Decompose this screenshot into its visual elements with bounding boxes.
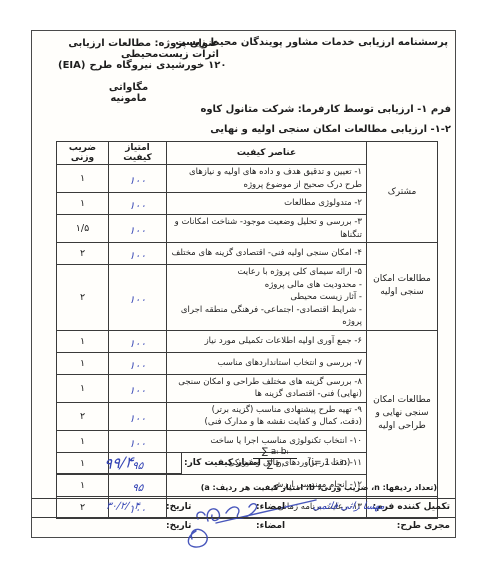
row-element: ۹- تهیه طرح پیشنهادی مناسب (گزینه برتر) … <box>167 402 367 430</box>
footer-row-project-executor: مجری طرح: امضاء: تاریخ: <box>32 517 455 537</box>
quality-score-handwritten: ۹۹/۴ <box>103 453 134 473</box>
row-element: ۳- بررسی و تحلیل وضعیت موجود- شناخت امکا… <box>167 215 367 243</box>
project-executor-label: مجری طرح: <box>397 521 450 531</box>
formula-index-range: (i= 1 تا n) <box>308 458 350 468</box>
row-weight: ۱/۵ <box>57 215 109 243</box>
table-row: مطالعات امکان سنجی نهایی و طراحی اولیه ۶… <box>57 330 438 352</box>
signature-label: امضاء: <box>256 502 285 512</box>
legend-note: (تعداد ردیفها: n، ضریب وزنی: b، امتیاز ک… <box>201 483 437 492</box>
row-weight: ۱ <box>57 330 109 352</box>
date-value-handwritten: ۳۰/۲/۰۴ <box>105 501 140 512</box>
project-title-eia: (EIA) <box>58 60 85 71</box>
row-score-handwritten: ۱۰۰ <box>128 225 147 237</box>
group-cell-final-feasibility: مطالعات امکان سنجی نهایی و طراحی اولیه <box>367 330 438 496</box>
row-score-handwritten: ۱۰۰ <box>128 413 147 425</box>
project-title-word1: طرح <box>89 60 112 71</box>
form-number-line: فرم ۱- ارزیابی توسط کارفرما: شرکت متانول… <box>200 104 451 115</box>
col-header-weight: ضریب وزنی <box>57 142 109 165</box>
row-score-handwritten: ۱۰۰ <box>128 294 147 306</box>
row-weight: ۱ <box>57 374 109 402</box>
date-label: تاریخ: <box>166 521 191 531</box>
row-score-handwritten: ۹۵ <box>131 482 144 494</box>
row-weight: ۱ <box>57 165 109 193</box>
signature-label: امضاء: <box>256 521 285 531</box>
row-element: ۵- ارائه سیمای کلی پروژه با رعایت - محدو… <box>167 265 367 331</box>
score-formula: ∑ aᵢ bᵢ ∑ bᵢ <box>253 447 297 470</box>
form-page: پرسشنامه ارزیابی خدمات مشاور پویندگان مح… <box>31 30 456 538</box>
col-header-score: امتیاز کیفیت <box>109 142 167 165</box>
group-cell-initial-feasibility: مطالعات امکان سنجی اولیه <box>367 243 438 331</box>
row-weight: ۲ <box>57 243 109 265</box>
quality-score-label: امتیاز کیفیت کار: <box>184 458 261 468</box>
row-score-handwritten: ۱۰۰ <box>128 360 147 372</box>
table-header-row: مشترک عناصر کیفیت امتیاز کیفیت ضریب وزنی <box>57 142 438 165</box>
row-weight: ۱ <box>57 193 109 215</box>
row-score-handwritten: ۱۰۰ <box>128 438 147 450</box>
section-line: ۱-۲- ارزیابی مطالعات امکان سنجی اولیه و … <box>210 124 451 135</box>
row-weight: ۱ <box>57 352 109 374</box>
row-element: ۸- بررسی گزینه های مختلف طراحی و امکان س… <box>167 374 367 402</box>
table-row: مطالعات امکان سنجی اولیه ۴- امکان سنجی ا… <box>57 243 438 265</box>
row-weight: ۱ <box>57 474 109 496</box>
project-title-word2: نیروگاه <box>116 60 152 71</box>
row-score-handwritten: ۱۰۰ <box>128 338 147 350</box>
date-label: تاریخ: <box>166 502 191 512</box>
row-weight: ۱ <box>57 430 109 452</box>
formula-denominator: ∑ bᵢ <box>253 459 297 470</box>
quality-score-box: ۹۹/۴ <box>56 452 182 474</box>
group-cell-common: مشترک <box>367 142 438 243</box>
row-weight: ۲ <box>57 402 109 430</box>
row-score-handwritten: ۱۰۰ <box>128 200 147 212</box>
row-element: ۱- تعیین و تدقیق هدف و داده های اولیه و … <box>167 165 367 193</box>
formula-numerator: ∑ aᵢ bᵢ <box>253 447 297 459</box>
row-score-handwritten: ۱۰۰ <box>128 175 147 187</box>
row-element: ۴- امکان سنجی اولیه فنی- اقتصادی گزینه ه… <box>167 243 367 265</box>
footer-row-completed-by: تکمیل کننده فرم: مهسا راثی قائمی امضاء: … <box>32 499 455 517</box>
col-header-element: عناصر کیفیت <box>167 142 367 165</box>
row-element: ۶- جمع آوری اولیه اطلاعات تکمیلی مورد نی… <box>167 330 367 352</box>
row-element: ۲- متدولوژی مطالعات <box>167 193 367 215</box>
scanned-evaluation-form: { "colors": { "ink_blue": "#3545b5", "li… <box>0 0 483 576</box>
completed-by-name-handwritten: مهسا راثی قائمی <box>312 501 385 512</box>
row-weight: ۲ <box>57 265 109 331</box>
row-score-handwritten: ۱۰۰ <box>128 250 147 262</box>
row-element: ۷- بررسی و انتخاب استانداردهای مناسب <box>167 352 367 374</box>
row-score-handwritten: ۱۰۰ <box>128 385 147 397</box>
footer-block: تکمیل کننده فرم: مهسا راثی قائمی امضاء: … <box>32 498 455 537</box>
project-title-line2: (EIA) طرح نیروگاه خورشیدی ۱۲۰ <box>58 60 226 71</box>
project-title-line3: مگاواتی مامونیه <box>96 82 161 104</box>
project-title-word3: خورشیدی <box>156 60 204 71</box>
project-title-capacity: ۱۲۰ <box>208 60 226 71</box>
project-title-line1: عنوان پروژه: مطالعات ارزیابی اثرات زیست‌… <box>61 38 219 60</box>
